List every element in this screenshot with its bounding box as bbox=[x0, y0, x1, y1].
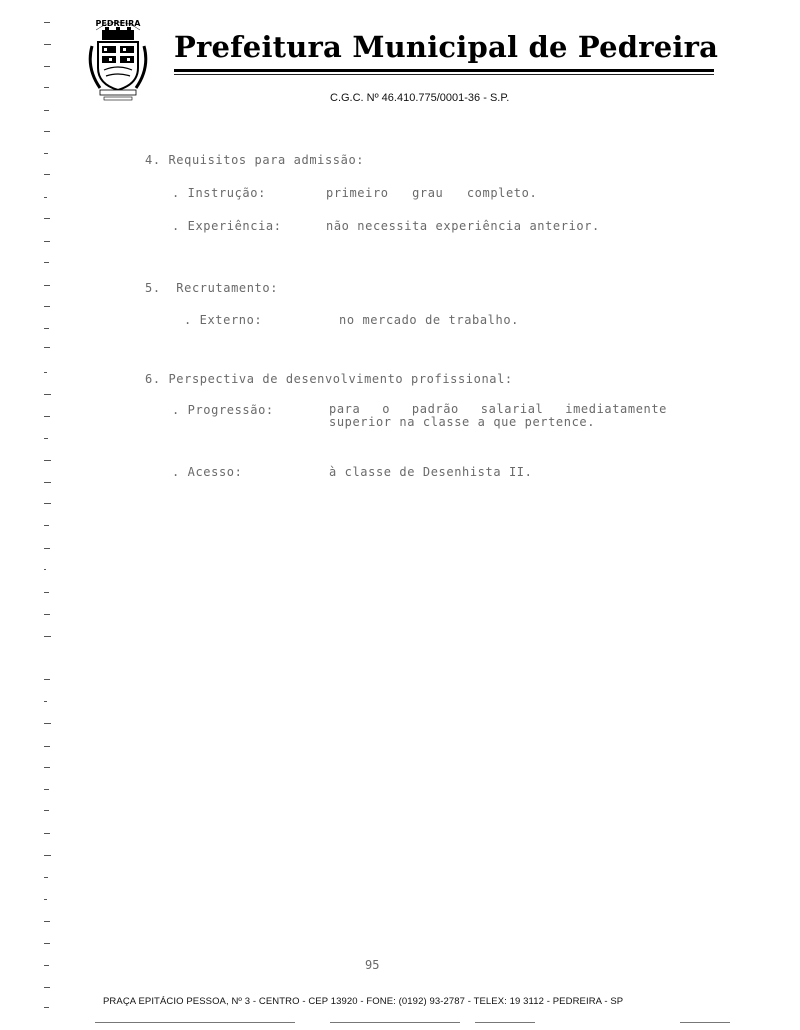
svg-text:PEDREIRA: PEDREIRA bbox=[96, 19, 142, 28]
section-heading-recrutamento: 5. Recrutamento: bbox=[145, 281, 278, 295]
section-heading-requisitos: 4. Requisitos para admissão: bbox=[145, 153, 364, 167]
section-heading-perspectiva: 6. Perspectiva de desenvolvimento profis… bbox=[145, 372, 513, 386]
footer-rule bbox=[680, 1022, 730, 1023]
footer-address: PRAÇA EPITÁCIO PESSOA, Nº 3 - CENTRO - C… bbox=[103, 996, 623, 1007]
footer-rule bbox=[95, 1022, 295, 1023]
item-label-experiencia: . Experiência: bbox=[172, 219, 282, 233]
coat-of-arms-icon: PEDREIRA bbox=[82, 12, 154, 102]
item-label-externo: . Externo: bbox=[184, 313, 262, 327]
item-value-progressao: para o padrão salarial imediatamente sup… bbox=[329, 403, 667, 429]
item-value-externo: no mercado de trabalho. bbox=[339, 313, 519, 327]
item-value-instrucao: primeiro grau completo. bbox=[326, 186, 537, 200]
footer-rule bbox=[330, 1022, 460, 1023]
letterhead-rule bbox=[174, 69, 714, 72]
footer-rule bbox=[475, 1022, 535, 1023]
item-value-acesso: à classe de Desenhista II. bbox=[329, 465, 532, 479]
margin-scan-marks bbox=[44, 0, 64, 1030]
item-label-progressao: . Progressão: bbox=[172, 403, 274, 417]
cgc-number: C.G.C. Nº 46.410.775/0001-36 - S.P. bbox=[330, 92, 509, 104]
item-label-acesso: . Acesso: bbox=[172, 465, 242, 479]
item-label-instrucao: . Instrução: bbox=[172, 186, 266, 200]
letterhead-title: Prefeitura Municipal de Pedreira bbox=[174, 30, 718, 64]
letterhead-rule-thin bbox=[174, 74, 714, 75]
item-value-experiencia: não necessita experiência anterior. bbox=[326, 219, 600, 233]
page-number: 95 bbox=[365, 958, 379, 972]
